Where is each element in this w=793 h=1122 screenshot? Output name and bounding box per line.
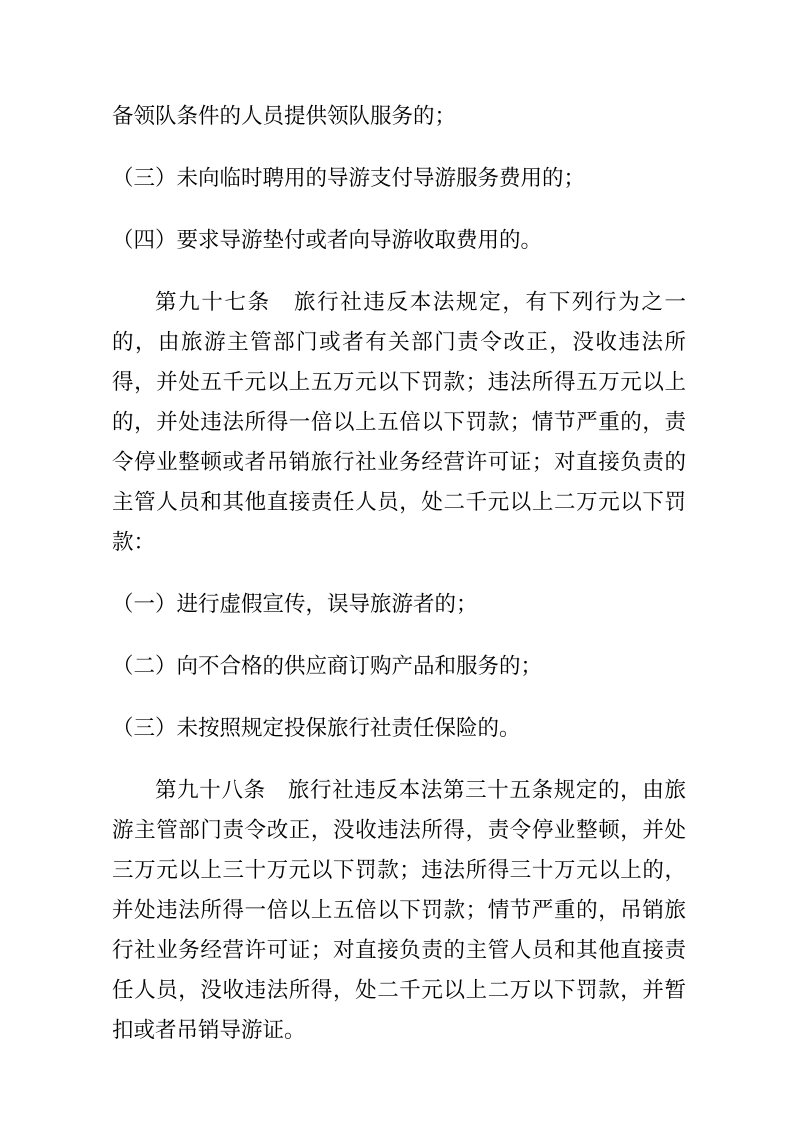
paragraph-list-item-3: （三）未向临时聘用的导游支付导游服务费用的； [112,158,686,198]
paragraph-article-97-item-3: （三）未按照规定投保旅行社责任保险的。 [112,708,686,748]
paragraph-article-98: 第九十八条 旅行社违反本法第三十五条规定的，由旅游主管部门责令改正，没收违法所得… [112,770,686,1050]
paragraph-article-97-item-2: （二）向不合格的供应商订购产品和服务的； [112,646,686,686]
paragraph-article-97-item-1: （一）进行虚假宣传，误导旅游者的； [112,584,686,624]
paragraph-article-97: 第九十七条 旅行社违反本法规定，有下列行为之一的，由旅游主管部门或者有关部门责令… [112,282,686,562]
paragraph-continuation-line: 备领队条件的人员提供领队服务的； [112,96,686,136]
paragraph-list-item-4: （四）要求导游垫付或者向导游收取费用的。 [112,220,686,260]
document-page: 备领队条件的人员提供领队服务的； （三）未向临时聘用的导游支付导游服务费用的； … [0,0,793,1122]
document-text-block: 备领队条件的人员提供领队服务的； （三）未向临时聘用的导游支付导游服务费用的； … [112,96,686,1050]
